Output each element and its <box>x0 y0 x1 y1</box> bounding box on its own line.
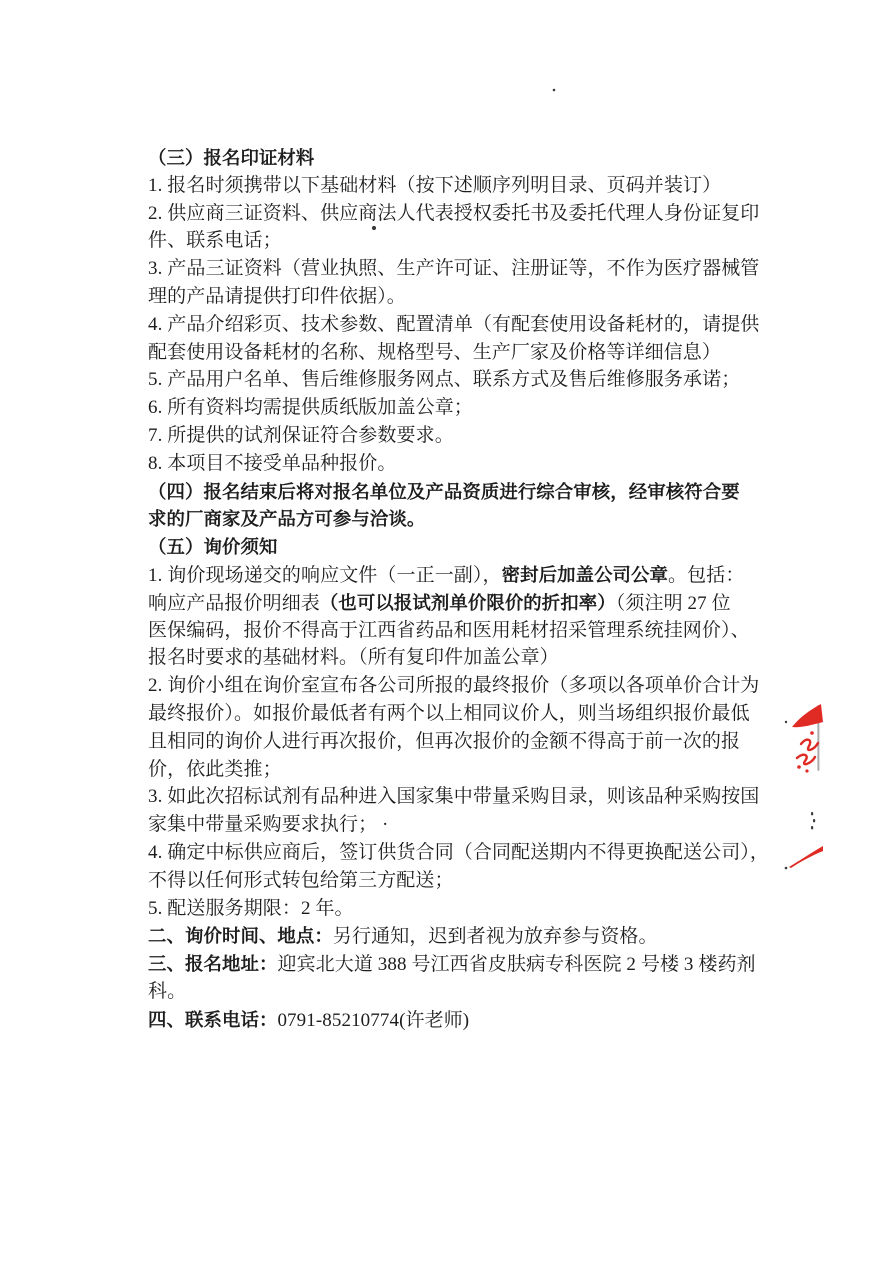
text-segment: 8. 本项目不接受单品种报价。 <box>148 453 397 474</box>
text-line: （五）询价须知 <box>148 533 772 561</box>
text-segment: 0791-85210774(许老师) <box>277 1010 469 1031</box>
text-segment-bold: （四）报名结束后将对报名单位及产品资质进行综合审核，经审核符合要 <box>148 481 740 502</box>
text-segment: 3. 如此次招标试剂有品种进入国家集中带量采购目录，则该品种采购按国 <box>148 786 759 807</box>
text-line: 报名时要求的基础材料。（所有复印件加盖公章） <box>148 644 772 672</box>
text-segment-bold: 四、联系电话： <box>148 1009 277 1030</box>
text-segment: 件、联系电话； <box>148 230 282 251</box>
text-line: 4. 确定中标供应商后，签订供货合同（合同配送期内不得更换配送公司）， <box>148 839 772 867</box>
text-segment: 4. 产品介绍彩页、技术参数、配置清单（有配套使用设备耗材的，请提供 <box>148 314 759 335</box>
text-line: 1. 报名时须携带以下基础材料（按下述顺序列明目录、页码并装订） <box>148 172 772 200</box>
text-segment: 5. 配送服务期限：2 年。 <box>148 898 354 919</box>
ink-speck <box>811 826 813 829</box>
text-line: （四）报名结束后将对报名单位及产品资质进行综合审核，经审核符合要 <box>148 478 772 506</box>
red-ink-stroke <box>789 846 823 868</box>
text-line: 件、联系电话； <box>148 227 772 255</box>
red-ink-scribble <box>797 755 815 764</box>
text-line: 家集中带量采购要求执行； · <box>148 811 772 839</box>
text-segment: 且相同的询价人进行再次报价，但再次报价的金额不得高于前一次的报 <box>148 731 740 752</box>
text-line: 3. 产品三证资料（营业执照、生产许可证、注册证等，不作为医疗器械管 <box>148 255 772 283</box>
red-ink-dot <box>805 769 808 772</box>
text-line: 5. 配送服务期限：2 年。 <box>148 895 772 923</box>
text-line: 价，依此类推； <box>148 756 772 784</box>
document-text-block: （三）报名印证材料1. 报名时须携带以下基础材料（按下述顺序列明目录、页码并装订… <box>148 144 772 1034</box>
text-segment-bold: （五）询价须知 <box>148 536 277 557</box>
text-segment: 价，依此类推； <box>148 759 282 780</box>
text-line: 科。 <box>148 978 772 1006</box>
text-segment: 2. 供应商三证资料、供应商法人代表授权委托书及委托代理人身份证复印 <box>148 203 759 224</box>
text-segment: 3. 产品三证资料（营业执照、生产许可证、注册证等，不作为医疗器械管 <box>148 258 759 279</box>
text-line: 8. 本项目不接受单品种报价。 <box>148 450 772 478</box>
text-segment-bold: 求的厂商家及产品方可参与洽谈。 <box>148 508 425 529</box>
text-line: 2. 询价小组在询价室宣布各公司所报的最终报价（多项以各项单价合计为 <box>148 672 772 700</box>
text-segment-bold: （也可以报试剂单价限价的折扣率） <box>320 592 616 613</box>
text-segment: 。包括： <box>668 565 744 586</box>
ink-speck <box>811 812 813 815</box>
red-ink-dot <box>797 765 801 769</box>
text-segment: 6. 所有资料均需提供质纸版加盖公章； <box>148 397 473 418</box>
text-line: 5. 产品用户名单、售后维修服务网点、联系方式及售后维修服务承诺； <box>148 366 772 394</box>
text-segment-bold: 三、报名地址： <box>148 953 277 974</box>
text-line: 最终报价）。如报价最低者有两个以上相同议价人，则当场组织报价最低 <box>148 700 772 728</box>
ink-speck <box>785 721 787 723</box>
text-line: （三）报名印证材料 <box>148 144 772 172</box>
text-line: 3. 如此次招标试剂有品种进入国家集中带量采购目录，则该品种采购按国 <box>148 783 772 811</box>
text-segment: 理的产品请提供打印件依据）。 <box>148 286 406 307</box>
scanned-document-page: （三）报名印证材料1. 报名时须携带以下基础材料（按下述顺序列明目录、页码并装订… <box>0 0 893 1262</box>
text-segment-bold: 二、询价时间、地点： <box>148 925 333 946</box>
text-line: 二、询价时间、地点：另行通知，迟到者视为放弃参与资格。 <box>148 922 772 950</box>
text-segment: 7. 所提供的试剂保证符合参数要求。 <box>148 425 454 446</box>
text-segment: 1. 询价现场递交的响应文件（一正一副）， <box>148 565 502 586</box>
text-line: 7. 所提供的试剂保证符合参数要求。 <box>148 422 772 450</box>
text-segment: 家集中带量采购要求执行； · <box>148 814 388 835</box>
red-ink-dot <box>810 731 814 735</box>
text-line: 2. 供应商三证资料、供应商法人代表授权委托书及委托代理人身份证复印 <box>148 200 772 228</box>
text-line: 三、报名地址：迎宾北大道 388 号江西省皮肤病专科医院 2 号楼 3 楼药剂 <box>148 950 772 978</box>
text-segment: 迎宾北大道 388 号江西省皮肤病专科医院 2 号楼 3 楼药剂 <box>277 954 755 975</box>
scan-artifact-line <box>817 705 819 771</box>
text-segment: 最终报价）。如报价最低者有两个以上相同议价人，则当场组织报价最低 <box>148 703 750 724</box>
text-segment: 5. 产品用户名单、售后维修服务网点、联系方式及售后维修服务承诺； <box>148 369 740 390</box>
ink-speck <box>785 867 788 870</box>
text-segment: 2. 询价小组在询价室宣布各公司所报的最终报价（多项以各项单价合计为 <box>148 675 759 696</box>
text-segment: （须注明 27 位 <box>616 593 731 614</box>
text-line: 6. 所有资料均需提供质纸版加盖公章； <box>148 394 772 422</box>
red-ink-scribble <box>801 740 818 750</box>
text-segment-bold: （三）报名印证材料 <box>148 147 314 168</box>
text-segment: 医保编码，报价不得高于江西省药品和医用耗材招采管理系统挂网价）、 <box>148 620 750 641</box>
ink-speck <box>553 89 556 92</box>
text-segment: 配套使用设备耗材的名称、规格型号、生产厂家及价格等详细信息） <box>148 342 721 363</box>
text-line: 医保编码，报价不得高于江西省药品和医用耗材招采管理系统挂网价）、 <box>148 617 772 645</box>
text-line: 不得以任何形式转包给第三方配送； <box>148 867 772 895</box>
text-line: 1. 询价现场递交的响应文件（一正一副），密封后加盖公司公章。包括： <box>148 561 772 589</box>
text-line: 配套使用设备耗材的名称、规格型号、生产厂家及价格等详细信息） <box>148 339 772 367</box>
text-line: 响应产品报价明细表（也可以报试剂单价限价的折扣率）（须注明 27 位 <box>148 589 772 617</box>
text-line: 四、联系电话：0791-85210774(许老师) <box>148 1006 772 1034</box>
text-line: 理的产品请提供打印件依据）。 <box>148 283 772 311</box>
text-line: 且相同的询价人进行再次报价，但再次报价的金额不得高于前一次的报 <box>148 728 772 756</box>
ink-speck <box>813 819 815 822</box>
text-segment: 响应产品报价明细表 <box>148 593 320 614</box>
red-ink-stroke <box>792 704 823 727</box>
text-segment: 不得以任何形式转包给第三方配送； <box>148 870 454 891</box>
text-segment: 科。 <box>148 981 186 1002</box>
text-segment: 报名时要求的基础材料。（所有复印件加盖公章） <box>148 647 559 668</box>
text-segment: 1. 报名时须携带以下基础材料（按下述顺序列明目录、页码并装订） <box>148 175 721 196</box>
text-segment: 另行通知，迟到者视为放弃参与资格。 <box>333 926 658 947</box>
text-segment-bold: 密封后加盖公司公章 <box>502 564 668 585</box>
text-segment: 4. 确定中标供应商后，签订供货合同（合同配送期内不得更换配送公司）， <box>148 842 769 863</box>
text-line: 求的厂商家及产品方可参与洽谈。 <box>148 505 772 533</box>
text-line: 4. 产品介绍彩页、技术参数、配置清单（有配套使用设备耗材的，请提供 <box>148 311 772 339</box>
